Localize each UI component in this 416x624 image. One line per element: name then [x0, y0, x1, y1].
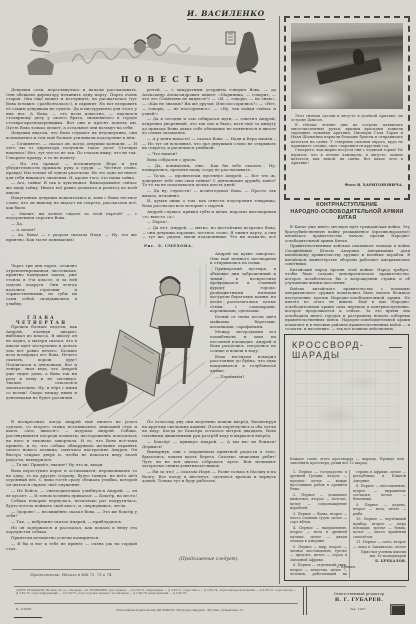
photo-figures	[352, 48, 365, 65]
crossword-grid	[295, 359, 399, 453]
photo-caption: Этот снимок сделан в августе в далёкой А…	[291, 114, 403, 180]
footer-rule	[14, 586, 406, 587]
crossword-clues-right: страна в Африке, целое — республика в Юж…	[353, 470, 406, 548]
novel-column2-text: речей, — с аккуратным усердием говорил В…	[142, 88, 276, 240]
news-title-line: КОНТРНАСТУПЛЕНИЕ	[284, 202, 410, 209]
newspaper-page: И. ВАСИЛЕНКО ПОВЕСТЬ Девушки сели, перег…	[0, 0, 416, 624]
imprint: Типография издательства ЦК ВЛКСМ «Молода…	[60, 608, 300, 612]
novel-column1-text: Девушки сели, переглянулись и начали рас…	[6, 88, 137, 262]
portrait-sketch	[27, 25, 54, 75]
novel-column1-wrap-text: Через три дня парта, отлично отремонтиро…	[6, 264, 77, 314]
arctic-photo	[291, 23, 403, 109]
arctic-photo-frame: Этот снимок сделан в августе в далёкой А…	[284, 16, 410, 200]
order-number: Зак. 1967.	[350, 607, 367, 611]
photo-snow	[291, 85, 353, 109]
serial-rule	[12, 569, 120, 570]
address-block: АДРЕС РЕДАКЦИИ: Москва, 30, ул. «Правды»…	[16, 589, 296, 602]
footer-rule-2	[14, 603, 298, 604]
author-byline: И. ВАСИЛЕНКО	[187, 9, 265, 20]
novel-column1-bottom-text: В воскресенье, когда Андрей ещё ничего н…	[6, 420, 137, 566]
photo-sled	[316, 56, 382, 85]
news-title-line: НАРОДНО-ОСВОБОДИТЕЛЬНОЙ АРМИИ	[284, 209, 410, 216]
title-flourish	[389, 347, 402, 348]
news-title: КОНТРНАСТУПЛЕНИЕ НАРОДНО-ОСВОБОДИТЕЛЬНОЙ…	[284, 202, 410, 222]
header-illustration	[14, 20, 266, 80]
contributor-name: Б. БРЕКАЛОВ.	[337, 559, 406, 563]
editor-name: В. Г. ГУБАРЕВ.	[312, 597, 406, 603]
illustration-credit: Рис. Л. СМЕХОВА.	[144, 243, 206, 248]
end-dash	[14, 617, 42, 618]
print-code: Б—01906.	[16, 607, 32, 611]
figure-sketch	[226, 32, 258, 74]
printers-union-logo	[390, 604, 405, 615]
continuation-note: (Продолжение следует).	[142, 557, 276, 562]
crossword-intro: Каждое слово этого кроссворда — шарада. …	[290, 457, 404, 466]
crossword-contributor: Прислал ученик школы им. 26 коммунаров Б…	[337, 550, 406, 570]
contributor-city: г. Ереван.	[337, 565, 406, 569]
news-title-line: КИТАЯ	[284, 215, 410, 222]
editor-divider	[303, 587, 307, 615]
boy-at-desk	[110, 277, 194, 396]
crossword-box: КРОССВОРД-ШАРАДЫ Каждое слово этого крос…	[284, 334, 409, 581]
novel-column1-wrap-text-2: Прошла больше недели, как Андрей, хлопну…	[6, 325, 77, 418]
crossword-title: КРОССВОРД-ШАРАДЫ	[292, 340, 408, 360]
photo-credit: Фото В. ХАРИТОНОВИЧА.	[291, 182, 403, 187]
sketch-band	[44, 53, 256, 62]
photo-ridge	[291, 36, 403, 51]
editor-role: Ответственный редактор	[312, 591, 406, 596]
column-divider	[279, 16, 280, 584]
serial-note: Продолжение. Начало в №№ 72, 73 и 74.	[6, 572, 137, 577]
genre-heading: ПОВЕСТЬ	[110, 74, 220, 84]
novel-column2-wrap-text: Андрей на кухне заворчал. Они ещё немног…	[210, 252, 276, 418]
news-body: В Китае уже много месяцев идёт гражданск…	[285, 225, 410, 330]
novel-column2-bottom-text: По отлогому дну они медленно пошли вперё…	[142, 420, 276, 552]
